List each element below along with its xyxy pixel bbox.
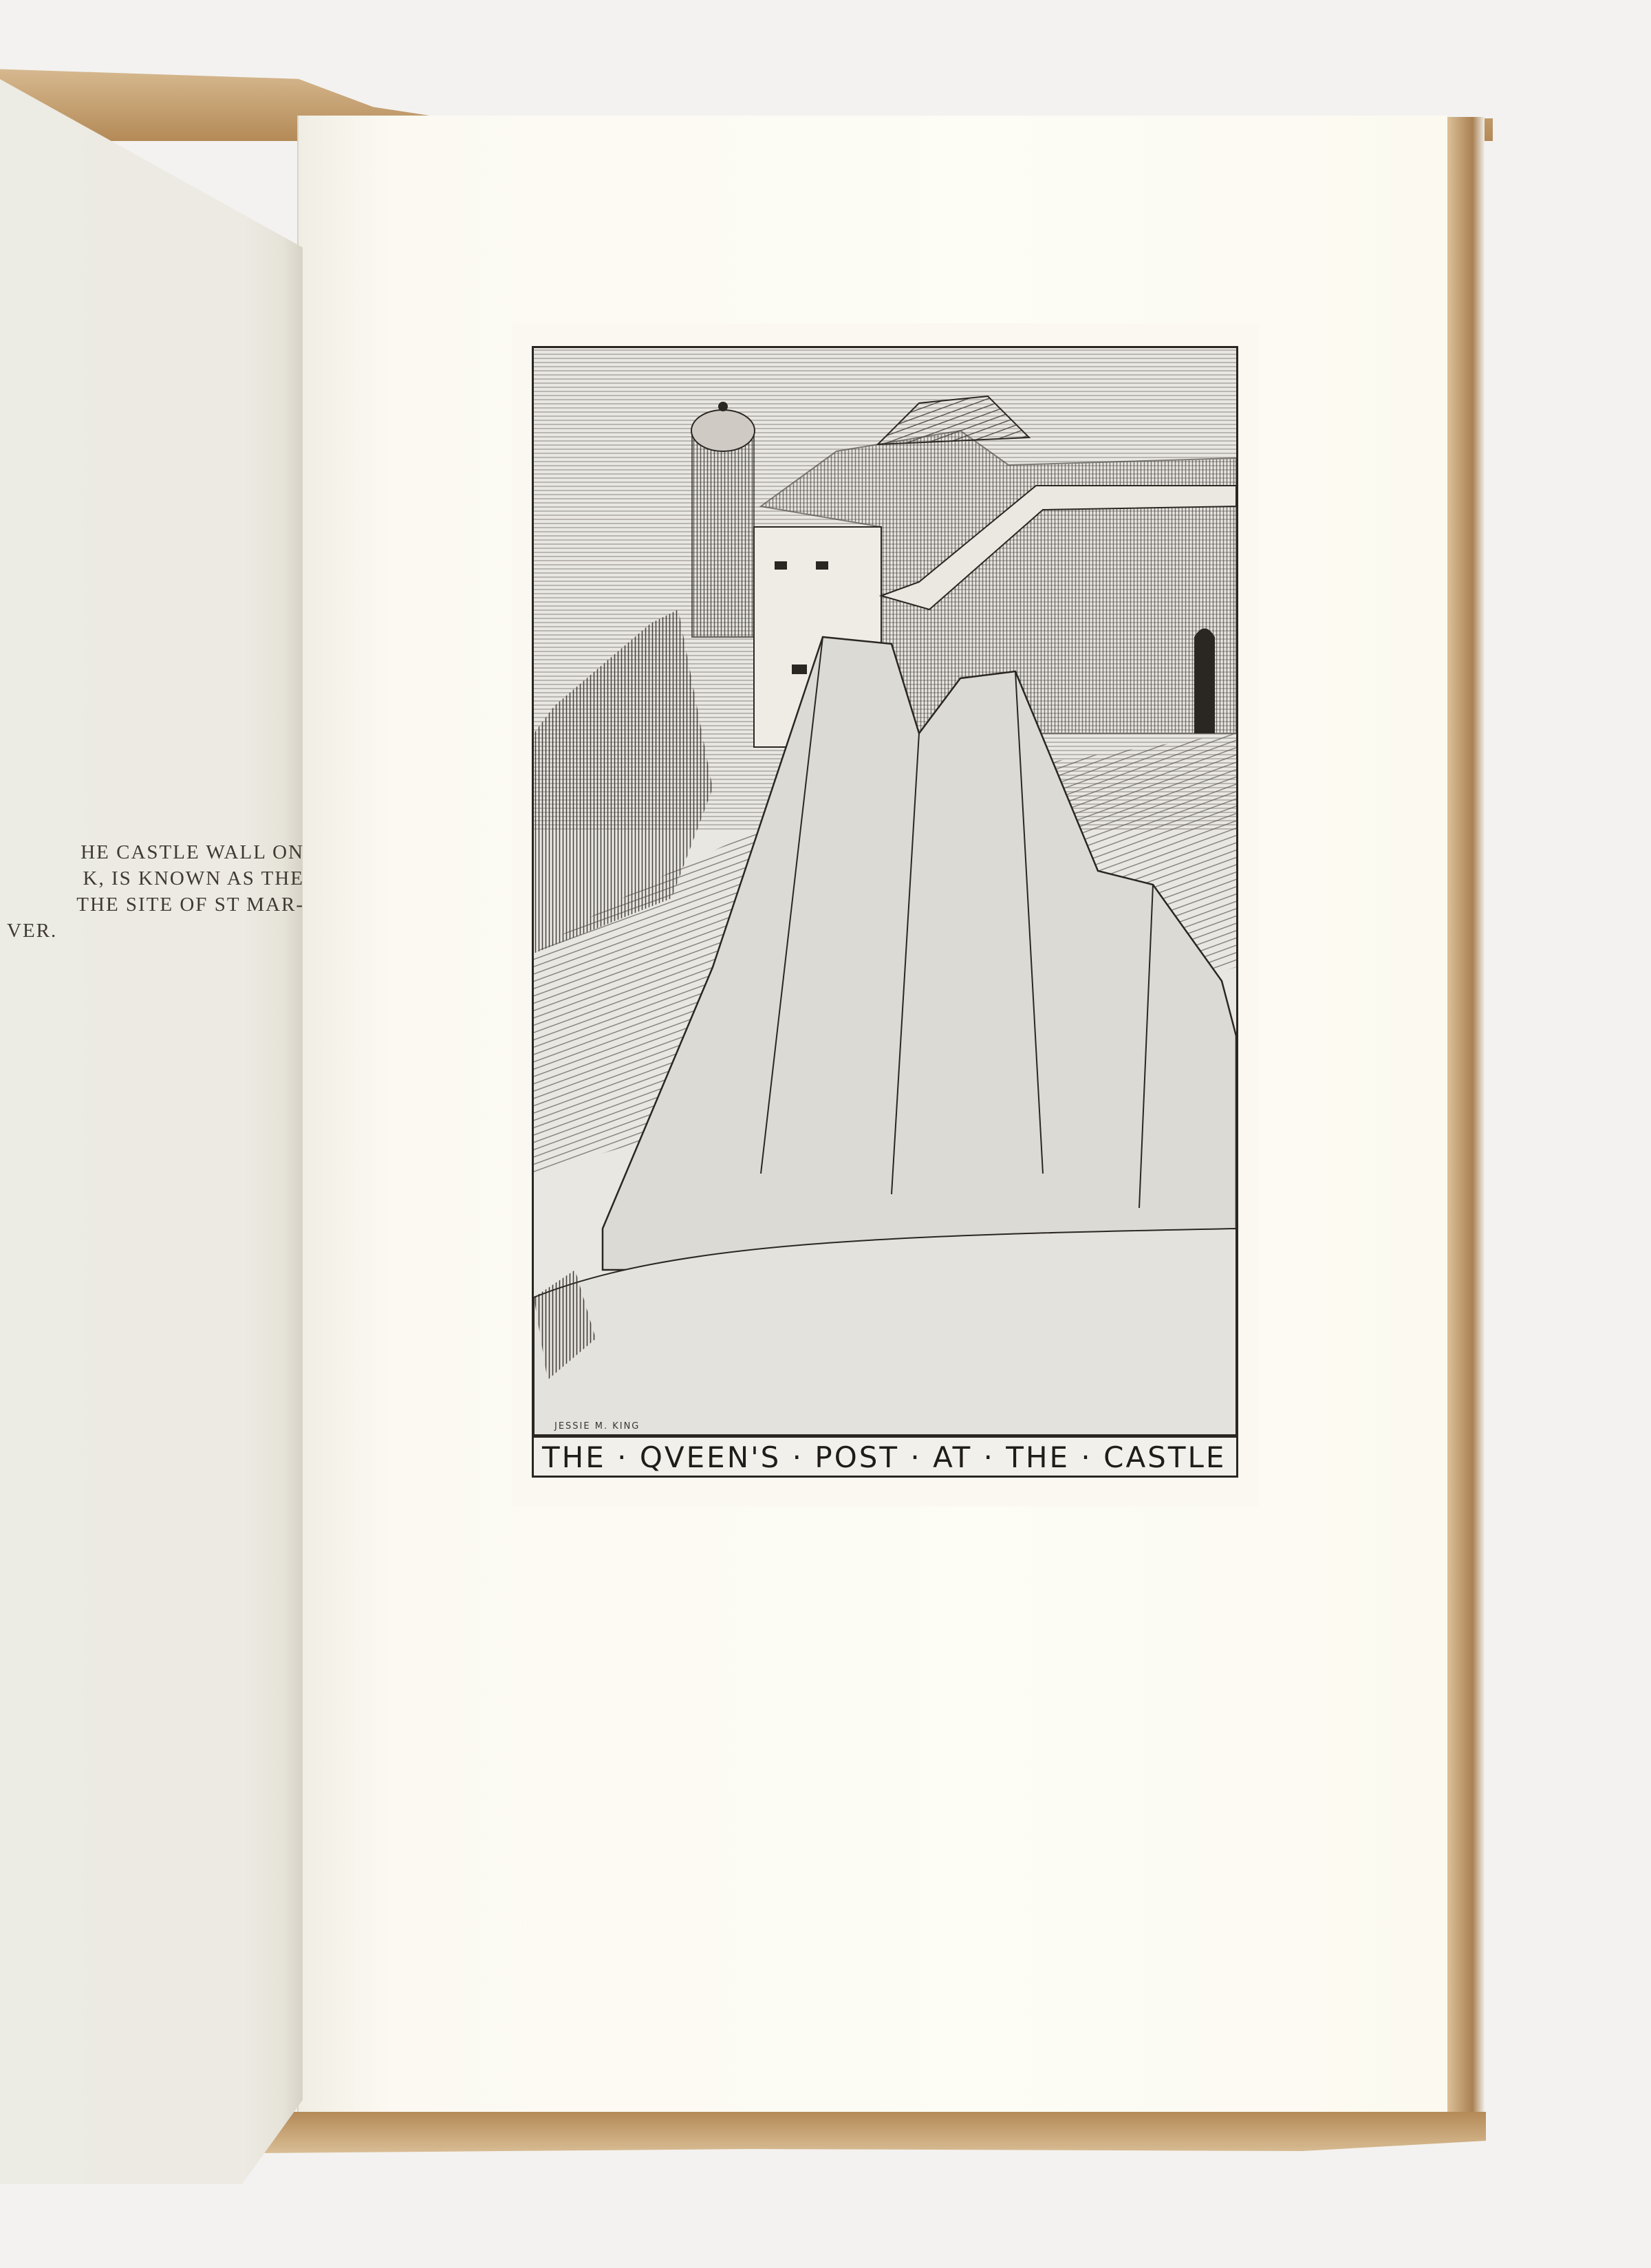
caption-text: THE · QVEEN'S · POST · AT · THE · CASTLE [542,1440,1226,1474]
plate-caption: THE · QVEEN'S · POST · AT · THE · CASTLE… [534,1436,1236,1476]
artist-signature: JESSIE M. KING [554,1421,640,1432]
book-board-bottom-edge [261,2112,1486,2153]
gutter-shadow [282,79,303,2184]
book-board-right-edge [1445,117,1485,2112]
text-line: HE CASTLE WALL ON [0,839,304,865]
text-line: VER. [0,918,304,944]
text-line: THE SITE OF ST MAR- [0,892,304,918]
left-page [0,79,303,2184]
left-page-text: HE CASTLE WALL ON K, IS KNOWN AS THE THE… [0,839,314,944]
illustration-plate: JESSIE M. KING THE · QVEEN'S · POST · AT… [532,346,1238,1478]
text-line: K, IS KNOWN AS THE [0,865,304,892]
castle-rock-drawing [534,348,1236,1476]
